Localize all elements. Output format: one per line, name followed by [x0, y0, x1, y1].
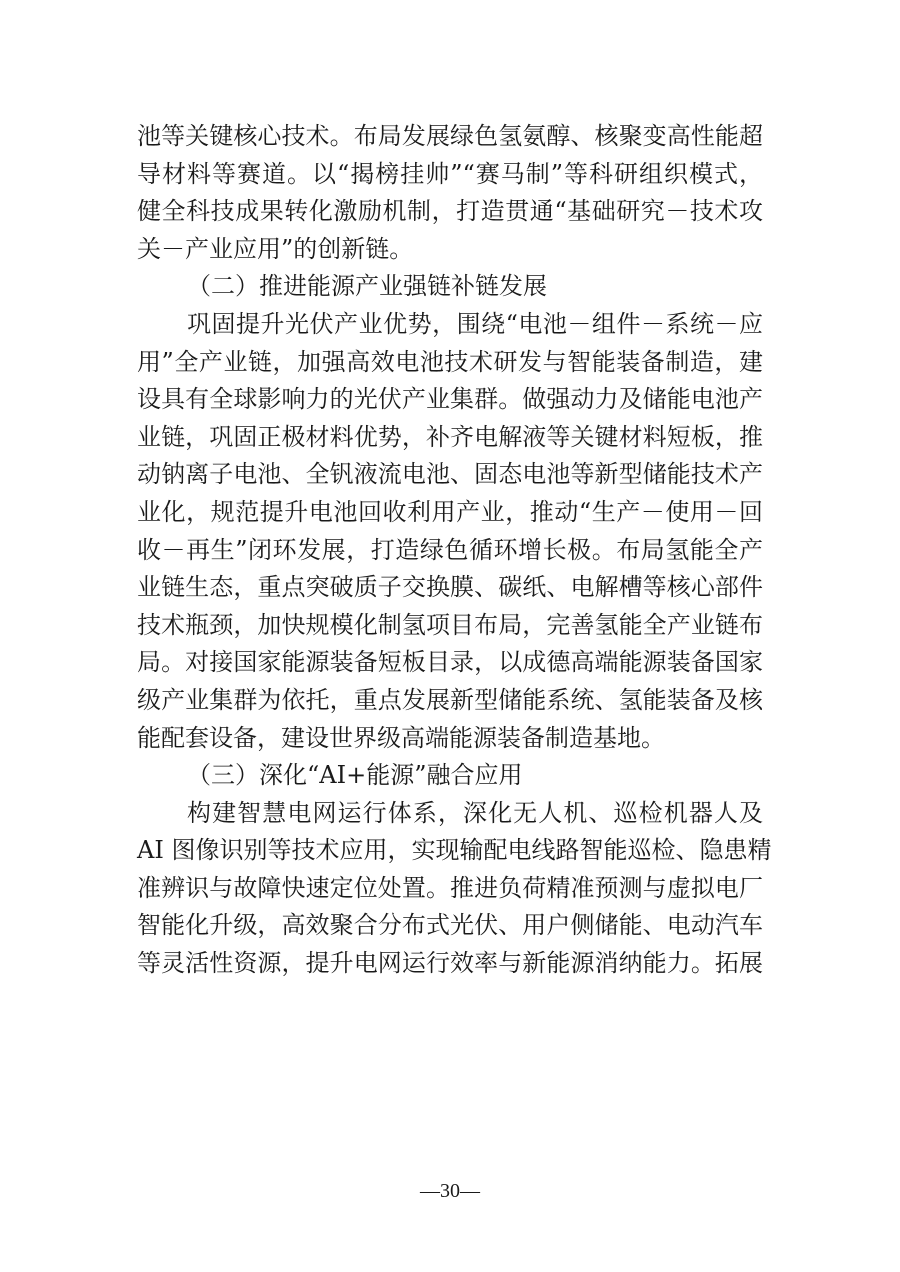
text-line: 业链，巩固正极材料优势，补齐电解液等关键材料短板，推: [137, 419, 763, 457]
document-body: 池等关键核心技术。布局发展绿色氢氨醇、核聚变高性能超 导材料等赛道。以“揭榜挂帅…: [137, 118, 763, 983]
text-line: 健全科技成果转化激励机制，打造贯通“基础研究－技术攻: [137, 193, 763, 231]
heading-text: （三）深化“AI+能源”融合应用: [137, 757, 763, 795]
text-line: 能配套设备，建设世界级高端能源装备制造基地。: [137, 720, 763, 758]
paragraph-continuation: 池等关键核心技术。布局发展绿色氢氨醇、核聚变高性能超 导材料等赛道。以“揭榜挂帅…: [137, 118, 763, 268]
text-line: 技术瓶颈，加快规模化制氢项目布局，完善氢能全产业链布: [137, 607, 763, 645]
text-line: 构建智慧电网运行体系，深化无人机、巡检机器人及: [137, 795, 763, 833]
text-line: 设具有全球影响力的光伏产业集群。做强动力及储能电池产: [137, 381, 763, 419]
text-line: 等灵活性资源，提升电网运行效率与新能源消纳能力。拓展: [137, 945, 763, 983]
section-heading-2: （二）推进能源产业强链补链发展: [137, 268, 763, 306]
text-line: 收－再生”闭环发展，打造绿色循环增长极。布局氢能全产: [137, 532, 763, 570]
section-heading-3: （三）深化“AI+能源”融合应用: [137, 757, 763, 795]
text-line: AI 图像识别等技术应用，实现输配电线路智能巡检、隐患精: [137, 832, 763, 870]
document-page: 池等关键核心技术。布局发展绿色氢氨醇、核聚变高性能超 导材料等赛道。以“揭榜挂帅…: [0, 0, 900, 1272]
text-line: 准辨识与故障快速定位处置。推进负荷精准预测与虚拟电厂: [137, 870, 763, 908]
text-line: 级产业集群为依托，重点发展新型储能系统、氢能装备及核: [137, 682, 763, 720]
page-number: —30—: [0, 1180, 900, 1203]
text-line: 业链生态，重点突破质子交换膜、碳纸、电解槽等核心部件: [137, 569, 763, 607]
text-line: 巩固提升光伏产业优势，围绕“电池－组件－系统－应: [137, 306, 763, 344]
text-line: 局。对接国家能源装备短板目录，以成德高端能源装备国家: [137, 644, 763, 682]
text-line: 导材料等赛道。以“揭榜挂帅”“赛马制”等科研组织模式，: [137, 156, 763, 194]
text-line: 动钠离子电池、全钒液流电池、固态电池等新型储能技术产: [137, 456, 763, 494]
text-line: 智能化升级，高效聚合分布式光伏、用户侧储能、电动汽车: [137, 907, 763, 945]
text-line: 用”全产业链，加强高效电池技术研发与智能装备制造，建: [137, 344, 763, 382]
paragraph: 构建智慧电网运行体系，深化无人机、巡检机器人及 AI 图像识别等技术应用，实现输…: [137, 795, 763, 983]
heading-text: （二）推进能源产业强链补链发展: [137, 268, 763, 306]
text-line: 业化，规范提升电池回收利用产业，推动“生产－使用－回: [137, 494, 763, 532]
paragraph: 巩固提升光伏产业优势，围绕“电池－组件－系统－应 用”全产业链，加强高效电池技术…: [137, 306, 763, 757]
text-line: 关－产业应用”的创新链。: [137, 231, 763, 269]
text-line: 池等关键核心技术。布局发展绿色氢氨醇、核聚变高性能超: [137, 118, 763, 156]
